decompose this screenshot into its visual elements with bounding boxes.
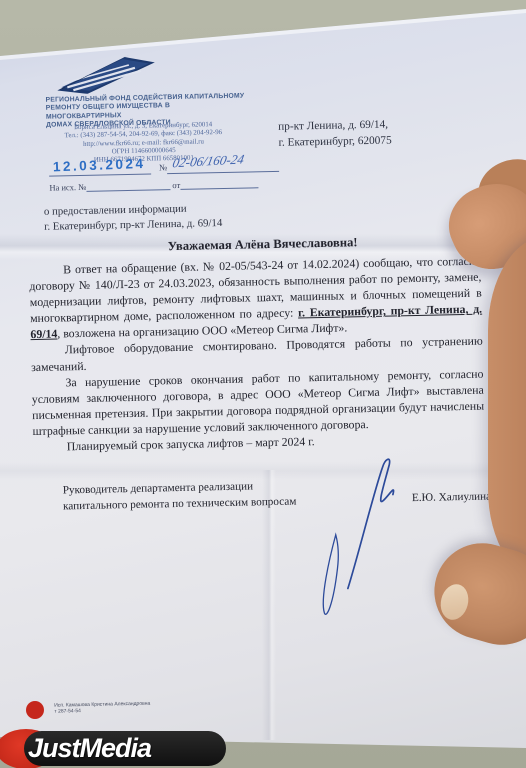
- executor-block: Исп. Камашова Кристина Александровна т 2…: [54, 702, 150, 716]
- recipient-address-block: пр-кт Ленина, д. 69/14, г. Екатеринбург,…: [278, 117, 392, 150]
- handwritten-outgoing-number: 02-06/160-24: [171, 151, 245, 171]
- fund-building-logo-icon: [51, 52, 162, 94]
- letter-content: Региональный фонд содействия капитальном…: [0, 0, 526, 768]
- incoming-ref-from: от: [172, 180, 180, 190]
- recipient-line2: г. Екатеринбург, 620075: [278, 133, 391, 151]
- signer-name: Е.Ю. Халиулина: [412, 490, 491, 504]
- recipient-line1: пр-кт Ленина, д. 69/14,: [278, 117, 391, 135]
- paragraph-1: В ответ на обращение (вх. № 02-05/543-24…: [29, 253, 483, 343]
- letter-paper: Региональный фонд содействия капитальном…: [0, 0, 526, 768]
- justmedia-watermark: JustMedia: [28, 733, 228, 764]
- handwritten-signature: [307, 445, 411, 627]
- registration-row: 12.03.2024 № 02-06/160-24: [49, 154, 279, 181]
- incoming-ref-label: На исх. №: [49, 182, 86, 193]
- subject-block: о предоставлении информации г. Екатеринб…: [44, 201, 223, 234]
- date-stamp: 12.03.2024: [53, 156, 146, 175]
- incoming-ref-row: На исх. № от: [49, 178, 258, 192]
- signer-position: Руководитель департамента реализации кап…: [63, 479, 297, 515]
- red-dot-mark: [26, 701, 44, 719]
- blank-line: [86, 181, 170, 192]
- photo-stage: Региональный фонд содействия капитальном…: [0, 0, 526, 768]
- subject-line2: г. Екатеринбург, пр-кт Ленина, д. 69/14: [44, 216, 222, 234]
- number-blank-line: [167, 171, 279, 174]
- executor-phone: т 287-54-54: [54, 707, 150, 715]
- blank-line: [180, 179, 258, 190]
- hand-edge: [488, 236, 526, 584]
- letter-body: В ответ на обращение (вх. № 02-05/543-24…: [29, 253, 485, 456]
- number-sign: №: [159, 162, 167, 172]
- date-blank-line: [49, 174, 151, 177]
- paragraph-3: За нарушение сроков окончания работ по к…: [31, 365, 484, 439]
